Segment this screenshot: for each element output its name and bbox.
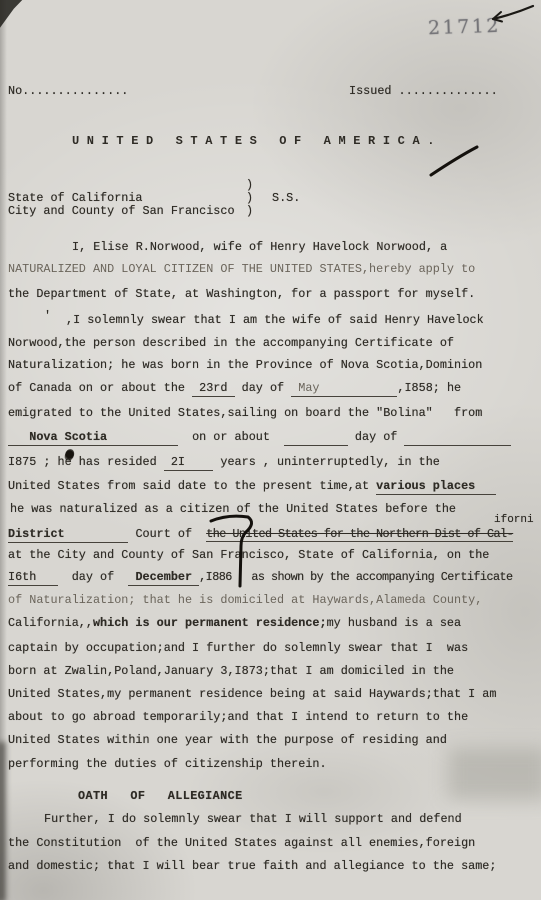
text: day of xyxy=(235,381,292,395)
text: of Canada on or about the xyxy=(8,381,192,395)
text: day of xyxy=(58,570,129,584)
text: California,, xyxy=(8,616,93,630)
nat-day-fill: I6th xyxy=(8,570,58,586)
venue-ss: S.S. xyxy=(272,191,300,205)
bold-text: which is our permanent residence; xyxy=(93,616,327,630)
edge-shadow xyxy=(0,742,6,900)
oath-heading: OATH OF ALLEGIANCE xyxy=(78,789,243,803)
venue-bracket: ) xyxy=(246,191,253,205)
para2-line: captain by occupation;and I further do s… xyxy=(8,641,468,655)
para2-line-natdate: I6th day of December ,I886 as shown by t… xyxy=(8,570,513,584)
para2-line: of Naturalization; that he is domiciled … xyxy=(8,593,482,607)
text: Court of xyxy=(128,527,206,541)
document-title: U N I T E D S T A T E S O F A M E R I C … xyxy=(72,134,435,148)
birth-day-fill: 23rd xyxy=(192,381,234,397)
issued-field-label: Issued .............. xyxy=(349,84,498,98)
birth-month-fill: May xyxy=(291,381,397,397)
text: my husband is a sea xyxy=(327,616,462,630)
pen-stroke-icon xyxy=(426,144,482,180)
para2-line-places: United States from said date to the pres… xyxy=(8,479,496,493)
pen-arrow-icon xyxy=(484,2,536,24)
places-fill: various places xyxy=(376,479,496,495)
passport-application-document: 21712 No............... Issued .........… xyxy=(0,0,541,900)
para1-line: NATURALIZED AND LOYAL CITIZEN OF THE UNI… xyxy=(8,262,475,276)
blank-fill xyxy=(404,430,510,446)
oath-line: and domestic; that I will bear true fait… xyxy=(8,859,496,873)
court-fill: District xyxy=(8,527,128,543)
text: United States from said date to the pres… xyxy=(8,479,376,493)
para2-line-domicile: California,,which is our permanent resid… xyxy=(8,616,461,630)
pen-scribble-icon xyxy=(204,504,260,590)
text: I875 ; he has resided xyxy=(8,455,164,469)
venue-bracket: ) xyxy=(246,204,253,218)
para2-line: emigrated to the United States,sailing o… xyxy=(8,406,482,420)
para2-line: Naturalization; he was born in the Provi… xyxy=(8,358,482,372)
para2-line-emigration: Nova Scotia on or about day of xyxy=(8,430,511,444)
venue-state: State of California xyxy=(8,191,143,205)
text: ,I858; he xyxy=(397,381,461,395)
venue-bracket: ) xyxy=(246,178,253,192)
text: day of xyxy=(348,430,405,444)
years-fill: 2I xyxy=(164,455,214,471)
nat-month-fill: December xyxy=(128,570,199,586)
para2-line: about to go abroad temporarily;and that … xyxy=(8,710,468,724)
para1-line: I, Elise R.Norwood, wife of Henry Havelo… xyxy=(8,240,447,254)
para2-line: United States,my permanent residence bei… xyxy=(8,687,496,701)
para2-line: performing the duties of citizenship the… xyxy=(8,757,327,771)
blank-fill xyxy=(284,430,348,446)
inserted-text: iforni xyxy=(494,513,534,527)
para2-line: Norwood,the person described in the acco… xyxy=(8,336,454,350)
text: on or about xyxy=(178,430,284,444)
paper-shading xyxy=(448,748,541,800)
para2-line: United States within one year with the p… xyxy=(8,733,447,747)
para2-line-birthdate: of Canada on or about the 23rd day of Ma… xyxy=(8,381,461,395)
text: years , uninterruptedly, in the xyxy=(213,455,440,469)
oath-line: Further, I do solemnly swear that I will… xyxy=(8,812,462,826)
corner-smudge xyxy=(0,0,30,36)
port-fill: Nova Scotia xyxy=(8,430,178,446)
venue-city: City and County of San Francisco xyxy=(8,204,235,218)
para1-line: the Department of State, at Washington, … xyxy=(8,287,475,301)
number-field-label: No............... xyxy=(8,84,128,98)
para2-line: born at Zwalin,Poland,January 3,I873;tha… xyxy=(8,664,454,678)
oath-line: the Constitution of the United States ag… xyxy=(8,836,475,850)
para2-line: ,I solemnly swear that I am the wife of … xyxy=(8,313,484,327)
para2-line-court: District Court of the United States for … xyxy=(8,527,513,541)
